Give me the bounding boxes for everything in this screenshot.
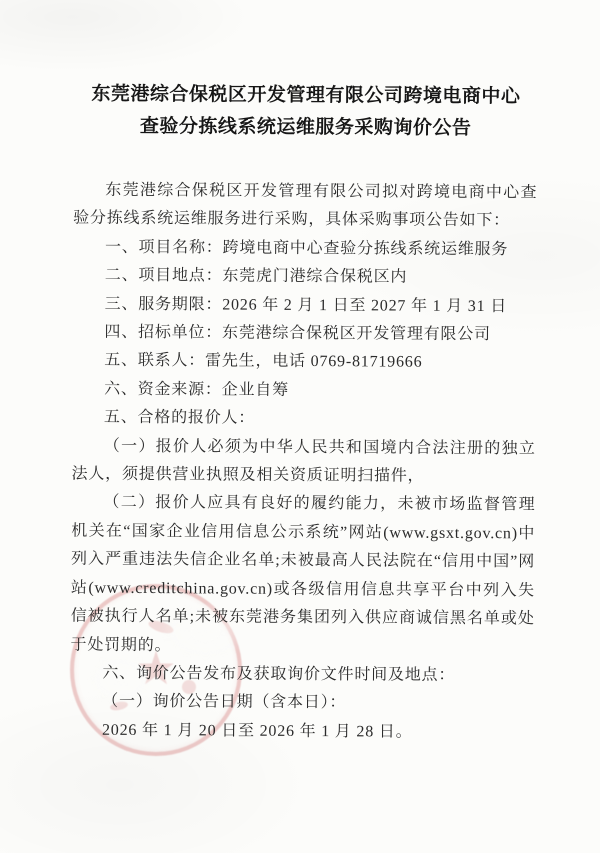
announcement-date-label: （一）询价公告日期（含本日）：	[70, 688, 534, 719]
qualification-clause-1: （一）报价人必须为中华人民共和国境内合法注册的独立法人，须提供营业执照及相关资质…	[71, 432, 535, 492]
title-line-1: 东莞港综合保税区开发管理有限公司跨境电商中心	[74, 79, 538, 114]
item-project-name: 一、项目名称：跨境电商中心查验分拣线系统运维服务	[73, 233, 537, 264]
document-title: 东莞港综合保税区开发管理有限公司跨境电商中心 查验分拣线系统运维服务采购询价公告	[74, 79, 538, 146]
intro-paragraph: 东莞港综合保税区开发管理有限公司拟对跨境电商中心查验分拣线系统运维服务进行采购，…	[73, 177, 537, 237]
item-announcement-info: 六、询价公告发布及获取询价文件时间及地点：	[70, 659, 534, 690]
scanned-document-page: ★ 东莞港综合保税区开发管理有限公司跨境电商中心 查验分拣线系统运维服务采购询价…	[0, 0, 600, 853]
qualification-clause-2: （二）报价人应具有良好的履约能力，未被市场监督管理机关在“国家企业信用信息公示系…	[70, 489, 535, 662]
document-body: 东莞港综合保税区开发管理有限公司拟对跨境电商中心查验分拣线系统运维服务进行采购，…	[70, 177, 537, 748]
document-content: 东莞港综合保税区开发管理有限公司跨境电商中心 查验分拣线系统运维服务采购询价公告…	[70, 79, 538, 748]
announcement-date-range: 2026 年 1 月 20 日至 2026 年 1 月 28 日。	[70, 716, 534, 747]
item-qualified-bidders: 五、合格的报价人：	[72, 404, 536, 435]
item-funding-source: 六、资金来源：企业自筹	[72, 375, 536, 406]
item-project-location: 二、项目地点：东莞虎门港综合保税区内	[73, 262, 537, 293]
item-tendering-unit: 四、招标单位：东莞港综合保税区开发管理有限公司	[72, 319, 536, 350]
item-service-period: 三、服务期限：2026 年 2 月 1 日至 2027 年 1 月 31 日	[73, 290, 537, 321]
title-line-2: 查验分拣线系统运维服务采购询价公告	[74, 111, 538, 146]
item-contact-person: 五、联系人：雷先生，电话 0769-81719666	[72, 347, 536, 378]
